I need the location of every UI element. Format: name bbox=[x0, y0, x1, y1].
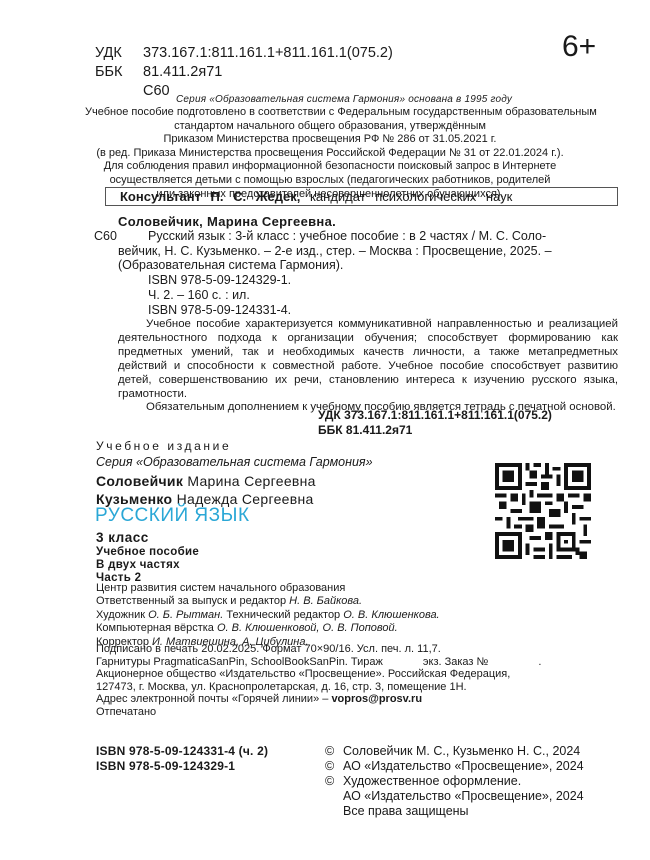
bibliography-isbn: ISBN 978-5-09-124331-4. bbox=[118, 303, 618, 318]
print-fonts: Гарнитуры PragmaticaSanPin, SchoolBookSa… bbox=[96, 656, 541, 669]
approval-line: Учебное пособие подготовлено в соответст… bbox=[85, 106, 575, 120]
author: Соловейчик Марина Сергеевна bbox=[96, 472, 316, 490]
copyright-row: Все права защищены bbox=[325, 804, 584, 819]
qr-code-icon[interactable] bbox=[495, 463, 591, 559]
credits-layout: Компьютерная вёрстка О. В. Клюшенковой, … bbox=[96, 622, 440, 635]
udk-label: УДК bbox=[95, 44, 143, 63]
print-address: 127473, г. Москва, ул. Краснопролетарска… bbox=[96, 681, 541, 694]
copyright-icon: © bbox=[325, 774, 343, 789]
copyright-row: АО «Издательство «Просвещение», 2024 bbox=[325, 789, 584, 804]
copyright-icon: © bbox=[325, 759, 343, 774]
bibliography-isbn: ISBN 978-5-09-124329-1. bbox=[118, 273, 618, 288]
isbn-block: ISBN 978-5-09-124331-4 (ч. 2) ISBN 978-5… bbox=[96, 744, 268, 774]
edition-type: Учебное издание bbox=[96, 439, 231, 453]
bibliography-part: Ч. 2. – 160 с. : ил. bbox=[118, 288, 618, 303]
consultant-title: кандидат психологических наук bbox=[310, 189, 512, 204]
isbn-set: ISBN 978-5-09-124329-1 bbox=[96, 759, 268, 774]
copyright-row: ©Художественное оформление. bbox=[325, 774, 584, 789]
edition-series: Серия «Образовательная система Гармония» bbox=[96, 455, 373, 469]
annotation-paragraph: Учебное пособие характеризуется коммуник… bbox=[118, 318, 618, 401]
bibliography-line: Русский язык : 3-й класс : учебное пособ… bbox=[118, 229, 618, 244]
consultant-box: Консультант П. С. Жедек, кандидат психол… bbox=[105, 187, 618, 206]
email-link[interactable]: vopros@prosv.ru bbox=[331, 693, 422, 705]
bbk-bottom: ББК 81.411.2я71 bbox=[318, 423, 552, 438]
consultant-name: Консультант П. С. Жедек, bbox=[120, 189, 300, 204]
approval-line: (в ред. Приказа Министерства просвещения… bbox=[85, 147, 575, 161]
udk-bottom: УДК 373.167.1:811.161.1+811.161.1(075.2) bbox=[318, 408, 552, 423]
edition-details: Учебное пособие В двух частях Часть 2 bbox=[96, 546, 199, 586]
udk-value: 373.167.1:811.161.1+811.161.1(075.2) bbox=[143, 45, 393, 61]
credits-responsible: Ответственный за выпуск и редактор Н. В.… bbox=[96, 595, 440, 608]
print-signed: Подписано в печать 20.02.2025. Формат 70… bbox=[96, 643, 541, 656]
approval-line: Для соблюдения правил информационной без… bbox=[85, 160, 575, 174]
copyright-row: ©Соловейчик М. С., Кузьменко Н. С., 2024 bbox=[325, 744, 584, 759]
credits-center: Центр развития систем начального образов… bbox=[96, 582, 440, 595]
author-surname: Соловейчик bbox=[96, 473, 183, 489]
author-given: Марина Сергеевна bbox=[187, 473, 315, 489]
edition-kind: Учебное пособие bbox=[96, 546, 199, 559]
print-publisher: Акционерное общество «Издательство «Прос… bbox=[96, 668, 541, 681]
isbn-part: ISBN 978-5-09-124331-4 (ч. 2) bbox=[96, 744, 268, 759]
bibliography-author: Соловейчик, Марина Сергеевна. bbox=[118, 214, 336, 229]
print-printed: Отпечатано bbox=[96, 706, 541, 719]
approval-line: Приказом Министерства просвещения РФ № 2… bbox=[85, 133, 575, 147]
series-note: Серия «Образовательная система Гармония»… bbox=[176, 94, 512, 105]
annotation: Учебное пособие характеризуется коммуник… bbox=[118, 318, 618, 415]
classification-header: УДК373.167.1:811.161.1+811.161.1(075.2) … bbox=[95, 44, 393, 101]
copyright-block: ©Соловейчик М. С., Кузьменко Н. С., 2024… bbox=[325, 744, 584, 819]
bibliography-record: Русский язык : 3-й класс : учебное пособ… bbox=[118, 229, 618, 317]
edition-parts: В двух частях bbox=[96, 559, 199, 572]
bibliography-line: (Образовательная система Гармония). bbox=[118, 258, 618, 273]
copyright-icon: © bbox=[325, 744, 343, 759]
credits-artist: Художник О. Б. Рытман. Технический редак… bbox=[96, 609, 440, 622]
age-rating: 6+ bbox=[562, 30, 596, 64]
print-email-row: Адрес электронной почты «Горячей линии» … bbox=[96, 693, 541, 706]
classification-footer: УДК 373.167.1:811.161.1+811.161.1(075.2)… bbox=[318, 408, 552, 438]
grade: 3 класс bbox=[96, 530, 149, 545]
bibliography-line: вейчик, Н. С. Кузьменко. – 2-е изд., сте… bbox=[118, 244, 618, 259]
approval-line: стандартом начального общего образования… bbox=[85, 120, 575, 134]
print-info: Подписано в печать 20.02.2025. Формат 70… bbox=[96, 643, 541, 719]
approval-line: осуществляется детьми с помощью взрослых… bbox=[85, 174, 575, 188]
bbk-label: ББК bbox=[95, 63, 143, 82]
bibliography-code: С60 bbox=[94, 229, 117, 243]
credits: Центр развития систем начального образов… bbox=[96, 582, 440, 649]
bbk-value: 81.411.2я71 bbox=[143, 64, 222, 80]
book-title: РУССКИЙ ЯЗЫК bbox=[95, 505, 250, 527]
copyright-row: ©АО «Издательство «Просвещение», 2024 bbox=[325, 759, 584, 774]
authors-list: Соловейчик Марина Сергеевна Кузьменко На… bbox=[96, 472, 316, 508]
